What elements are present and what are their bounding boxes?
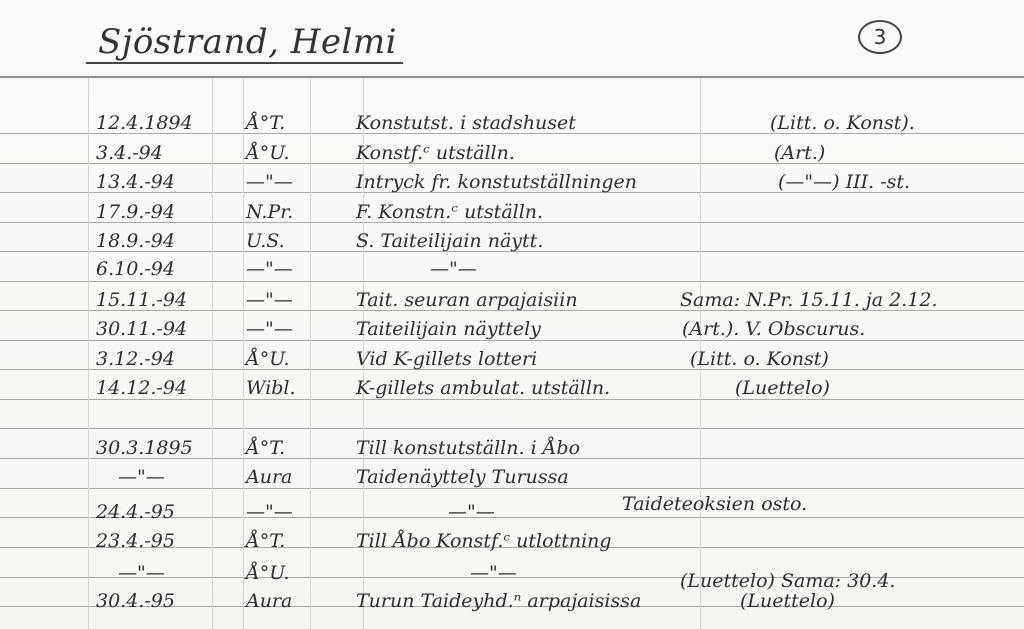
- entry-source: Å°T.: [246, 530, 336, 552]
- entry-source: —"—: [246, 258, 336, 280]
- entry-source: Å°U.: [246, 142, 336, 164]
- entry-source: Wibl.: [246, 377, 336, 399]
- entry-date: 17.9.-94: [96, 201, 236, 223]
- index-card: Sjöstrand, Helmi 3 12.4.1894Å°T.Konstuts…: [0, 0, 1024, 629]
- entry-source: Å°U.: [246, 562, 336, 584]
- entry-source: —"—: [246, 171, 336, 193]
- entry-note: (Art.): [774, 142, 825, 164]
- entry-title: Turun Taideyhd.ⁿ arpajaisissa: [356, 590, 641, 612]
- entry-title: —"—: [430, 258, 477, 280]
- entry-title: Vid K-gillets lotteri: [356, 348, 537, 370]
- entry-source: N.Pr.: [246, 201, 336, 223]
- entry-title: Konstutst. i stadshuset: [356, 112, 576, 134]
- entry-title: Intryck fr. konstutställningen: [356, 171, 637, 193]
- entry-date: 30.3.1895: [96, 437, 236, 459]
- entry-title: F. Konstn.ᶜ utställn.: [356, 201, 543, 223]
- ruled-line: [0, 428, 1024, 429]
- entry-title: Till konstutställn. i Åbo: [356, 437, 580, 459]
- entry-date: 3.12.-94: [96, 348, 236, 370]
- entry-source: Aura: [246, 590, 336, 612]
- entry-date: 3.4.-94: [96, 142, 236, 164]
- entry-note: (Luettelo): [735, 377, 830, 399]
- ruled-line: [0, 399, 1024, 400]
- ruled-line: [0, 340, 1024, 341]
- entry-note: (Litt. o. Konst): [690, 348, 829, 370]
- entry-date: 13.4.-94: [96, 171, 236, 193]
- entry-source: Å°T.: [246, 112, 336, 134]
- entry-source: Å°U.: [246, 348, 336, 370]
- entry-date: 23.4.-95: [96, 530, 236, 552]
- entry-source: Å°T.: [246, 437, 336, 459]
- ruled-line: [0, 488, 1024, 489]
- entry-title: Tait. seuran arpajaisiin: [356, 289, 578, 311]
- entry-note: Taideteoksien osto.: [622, 493, 807, 515]
- ruled-line: [0, 76, 1024, 78]
- entry-note: (Luettelo) Sama: 30.4.: [680, 570, 895, 592]
- entry-date: 14.12.-94: [96, 377, 236, 399]
- entry-source: —"—: [246, 289, 336, 311]
- entry-note: (Luettelo): [740, 590, 835, 612]
- ruled-line: [0, 281, 1024, 282]
- entry-title: Konstf.ᶜ utställn.: [356, 142, 515, 164]
- card-title-name: Sjöstrand, Helmi: [86, 22, 403, 64]
- entry-note: (Art.). V. Obscurus.: [682, 318, 865, 340]
- entry-title: K-gillets ambulat. utställn.: [356, 377, 610, 399]
- entry-date: 30.11.-94: [96, 318, 236, 340]
- column-rule: [88, 78, 89, 629]
- entry-date: 12.4.1894: [96, 112, 236, 134]
- entry-date: 6.10.-94: [96, 258, 236, 280]
- entry-title: Till Åbo Konstf.ᶜ utlottning: [356, 530, 612, 552]
- entry-title: S. Taiteilijain näytt.: [356, 230, 543, 252]
- entry-note: Sama: N.Pr. 15.11. ja 2.12.: [680, 289, 938, 311]
- entry-source: —"—: [246, 501, 336, 523]
- entry-title: Taidenäyttely Turussa: [356, 466, 569, 488]
- card-number-circle: 3: [858, 20, 902, 54]
- entry-date: 15.11.-94: [96, 289, 236, 311]
- entry-date: —"—: [118, 562, 258, 584]
- entry-note: (—"—) III. -st.: [778, 171, 910, 193]
- entry-title: Taiteilijain näyttely: [356, 318, 541, 340]
- entry-date: 18.9.-94: [96, 230, 236, 252]
- entry-date: 30.4.-95: [96, 590, 236, 612]
- entry-note: (Litt. o. Konst).: [770, 112, 915, 134]
- entry-title: —"—: [448, 501, 495, 523]
- entry-source: —"—: [246, 318, 336, 340]
- entry-title: —"—: [470, 562, 517, 584]
- entry-source: U.S.: [246, 230, 336, 252]
- column-rule: [243, 78, 244, 629]
- entry-source: Aura: [246, 466, 336, 488]
- entry-date: —"—: [118, 466, 258, 488]
- entry-date: 24.4.-95: [96, 501, 236, 523]
